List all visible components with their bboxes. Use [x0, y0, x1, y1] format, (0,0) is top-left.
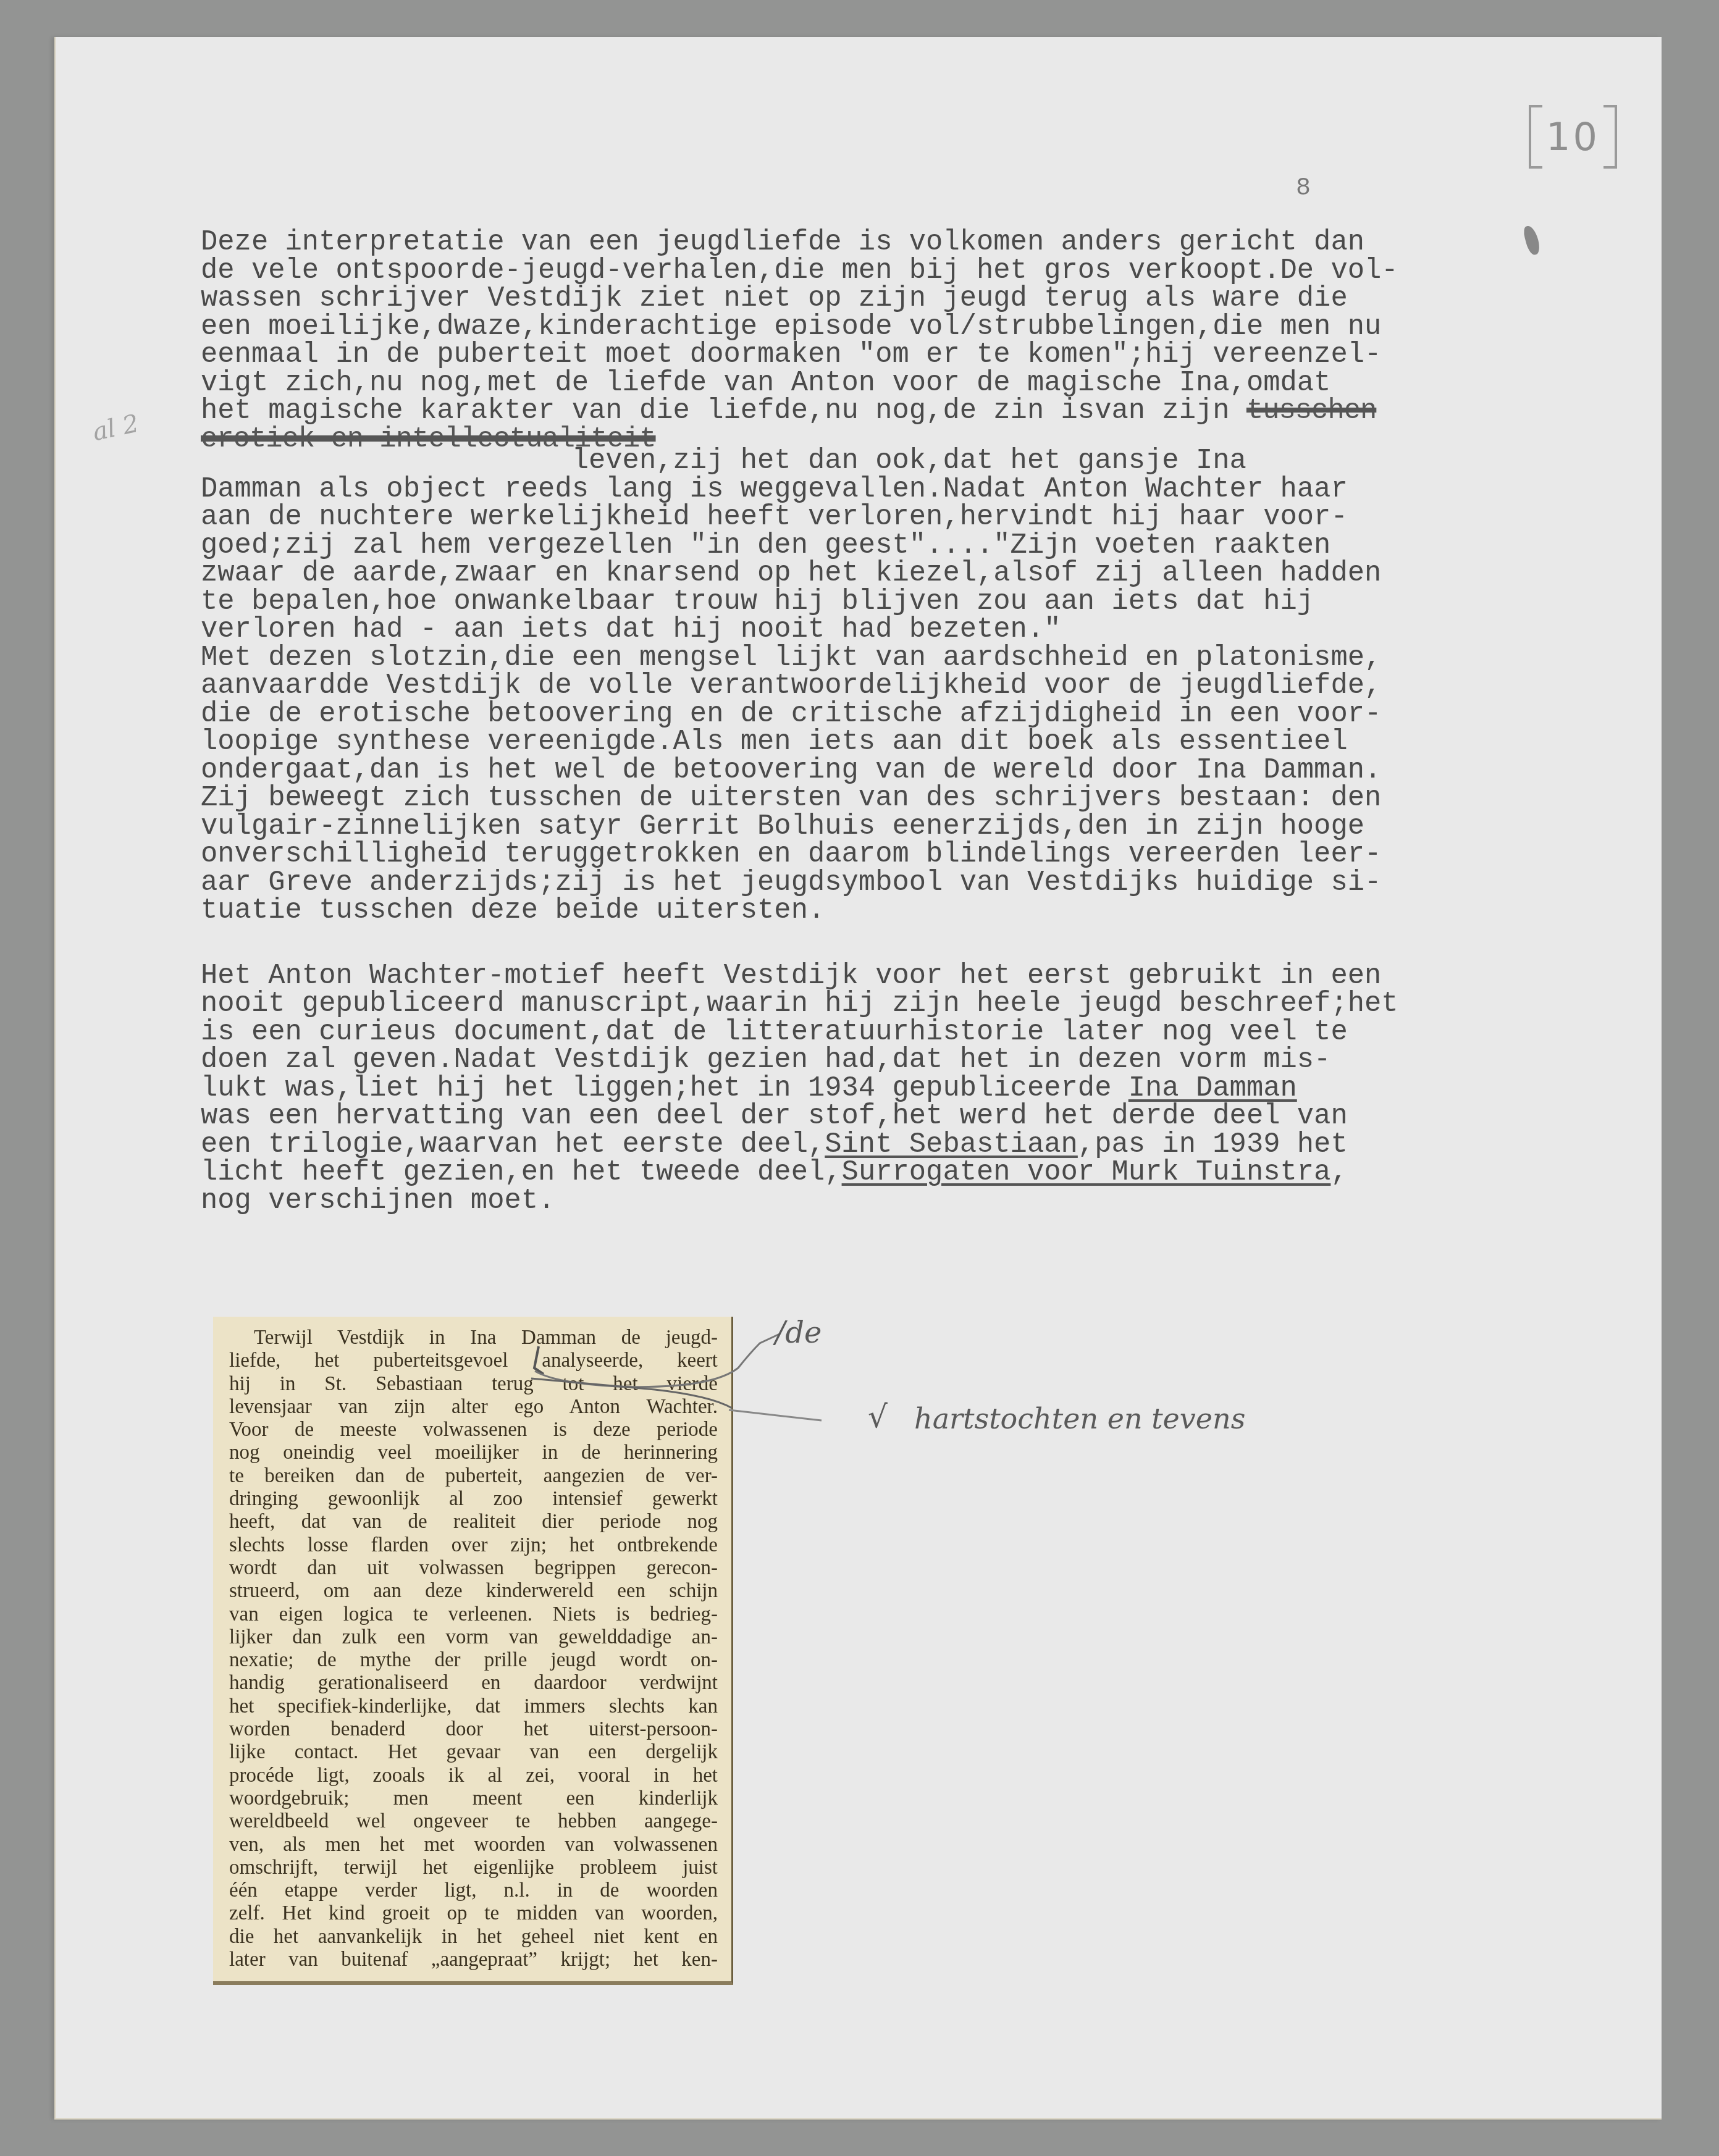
clipping-line: wereldbeeld wel ongeveer te hebben aange…: [229, 1810, 718, 1833]
handwritten-insertion-note: hartstochten en tevens: [914, 1402, 1245, 1435]
bracket-right-icon: [1603, 105, 1617, 169]
clipping-line: ven, als men het met woorden van volwass…: [229, 1834, 718, 1856]
clipping-line: één etappe verder ligt, n.l. in de woord…: [229, 1879, 718, 1902]
paragraph-gap: [201, 925, 1560, 962]
clipping-line: heeft, dat van de realiteit dier periode…: [229, 1511, 718, 1533]
clipping-line: nog oneindig veel moeilijker in de herin…: [229, 1441, 718, 1464]
handwritten-insertion-de: /de: [775, 1315, 822, 1350]
clipping-line: te bereiken dan de puberteit, aangezien …: [229, 1465, 718, 1488]
clipping-line: strueerd, om aan deze kinderwereld een s…: [229, 1580, 718, 1603]
text-line: lukt was,liet hij het liggen;het in 1934…: [201, 1075, 1560, 1103]
text-line: Damman als object reeds lang is weggeval…: [201, 476, 1560, 504]
bracket-left-icon: [1529, 105, 1542, 169]
text-line: doen zal geven.Nadat Vestdijk gezien had…: [201, 1046, 1560, 1075]
text-line: aanvaardde Vestdijk de volle verantwoord…: [201, 672, 1560, 700]
clipping-line: nexatie; de mythe der prille jeugd wordt…: [229, 1649, 718, 1672]
title-sint-sebastiaan: Sint Sebastiaan: [825, 1128, 1078, 1160]
title-ina-damman: Ina Damman: [1128, 1072, 1297, 1104]
clipping-line: later van buitenaf „aangepraat” krijgt; …: [229, 1948, 718, 1971]
text-line: leven,zij het dan ook,dat het gansje Ina: [201, 447, 1560, 476]
text-line: Met dezen slotzin,die een mengsel lijkt …: [201, 644, 1560, 673]
clipping-line: lijker dan zulk een vorm van gewelddadig…: [229, 1626, 718, 1649]
clipping-line: woordgebruik; men meent een kinderlijk: [229, 1787, 718, 1810]
text-line: vigt zich,nu nog,met de liefde van Anton…: [201, 369, 1560, 398]
text-line: licht heeft gezien,en het tweede deel,Su…: [201, 1159, 1560, 1187]
clipping-line: het specifiek-kinderlijke, dat immers sl…: [229, 1695, 718, 1718]
clipping-line: lijke contact. Het gevaar van een dergel…: [229, 1741, 718, 1764]
clipping-line: zelf. Het kind groeit op te midden van w…: [229, 1902, 718, 1925]
text-line: nog verschijnen moet.: [201, 1187, 1560, 1215]
text-line: tuatie tusschen deze beide uitersten.: [201, 897, 1560, 925]
struck-word: tusschen: [1246, 395, 1376, 427]
clipping-line: hij in St. Sebastiaan terug tot het vier…: [229, 1373, 718, 1396]
clipping-line: handig gerationaliseerd en daardoor verd…: [229, 1672, 718, 1695]
pencil-page-number: 10: [1529, 105, 1617, 169]
text-line: zwaar de aarde,zwaar en knarsend op het …: [201, 560, 1560, 588]
text-line: het magische karakter van die liefde,nu …: [201, 397, 1560, 426]
clipping-line: Voor de meeste volwassenen is deze perio…: [229, 1419, 718, 1441]
clipping-line: dringing gewoonlijk al zoo intensief gew…: [229, 1488, 718, 1511]
typed-page-number: 8: [1296, 175, 1311, 203]
clipping-line: die het aanvankelijk in het geheel niet …: [229, 1926, 718, 1948]
clipping-line: worden benaderd door het uiterst-persoon…: [229, 1718, 718, 1741]
text-line: goed;zij zal hem vergezellen "in den gee…: [201, 532, 1560, 560]
text-line: verloren had - aan iets dat hij nooit ha…: [201, 616, 1560, 644]
text-line: Deze interpretatie van een jeugdliefde i…: [201, 229, 1560, 257]
text-line: loopige synthese vereenigde.Als men iets…: [201, 728, 1560, 757]
text-line: een moeilijke,dwaze,kinderachtige episod…: [201, 313, 1560, 342]
typescript-body: Deze interpretatie van een jeugdliefde i…: [201, 229, 1560, 1215]
text-line: een trilogie,waarvan het eerste deel,Sin…: [201, 1131, 1560, 1159]
clipping-line: Terwijl Vestdijk in Ina Damman de jeugd-: [229, 1327, 718, 1349]
clipping-line: liefde, het puberteitsgevoel analyseerde…: [229, 1349, 718, 1372]
clipping-line: procéde ligt, zooals ik al zei, vooral i…: [229, 1764, 718, 1787]
clipping-line: slechts losse flarden over zijn; het ont…: [229, 1534, 718, 1557]
text-line: wassen schrijver Vestdijk ziet niet op z…: [201, 285, 1560, 313]
clipping-line: wordt dan uit volwassen begrippen gereco…: [229, 1557, 718, 1580]
newspaper-clipping: Terwijl Vestdijk in Ina Damman de jeugd-…: [213, 1317, 733, 1985]
check-mark-icon: √: [868, 1399, 888, 1435]
text-line: was een hervatting van een deel der stof…: [201, 1102, 1560, 1131]
clipping-line: omschrijft, terwijl het eigenlijke probl…: [229, 1856, 718, 1879]
clipping-line: levensjaar van zijn alter ego Anton Wach…: [229, 1396, 718, 1419]
text-line: aan de nuchtere werkelijkheid heeft verl…: [201, 503, 1560, 532]
text-line: te bepalen,hoe onwankelbaar trouw hij bl…: [201, 588, 1560, 616]
text-line: onverschilligheid teruggetrokken en daar…: [201, 841, 1560, 869]
text-line: aar Greve anderzijds;zij is het jeugdsym…: [201, 869, 1560, 897]
clipping-line: van eigen logica te verleenen. Niets is …: [229, 1603, 718, 1626]
text-line: vulgair-zinnelijken satyr Gerrit Bolhuis…: [201, 813, 1560, 841]
text-line: de vele ontspoorde-jeugd-verhalen,die me…: [201, 257, 1560, 285]
text-line: nooit gepubliceerd manuscript,waarin hij…: [201, 990, 1560, 1018]
title-surrogaten: Surrogaten voor Murk Tuinstra: [842, 1156, 1331, 1188]
text-line: eenmaal in de puberteit moet doormaken "…: [201, 341, 1560, 369]
text-line: Zij beweegt zich tusschen de uitersten v…: [201, 784, 1560, 813]
text-line: die de erotische betoovering en de criti…: [201, 700, 1560, 729]
text-line: Het Anton Wachter-motief heeft Vestdijk …: [201, 962, 1560, 991]
text-line: ondergaat,dan is het wel de betoovering …: [201, 757, 1560, 785]
text-line: is een curieus document,dat de litteratu…: [201, 1018, 1560, 1047]
